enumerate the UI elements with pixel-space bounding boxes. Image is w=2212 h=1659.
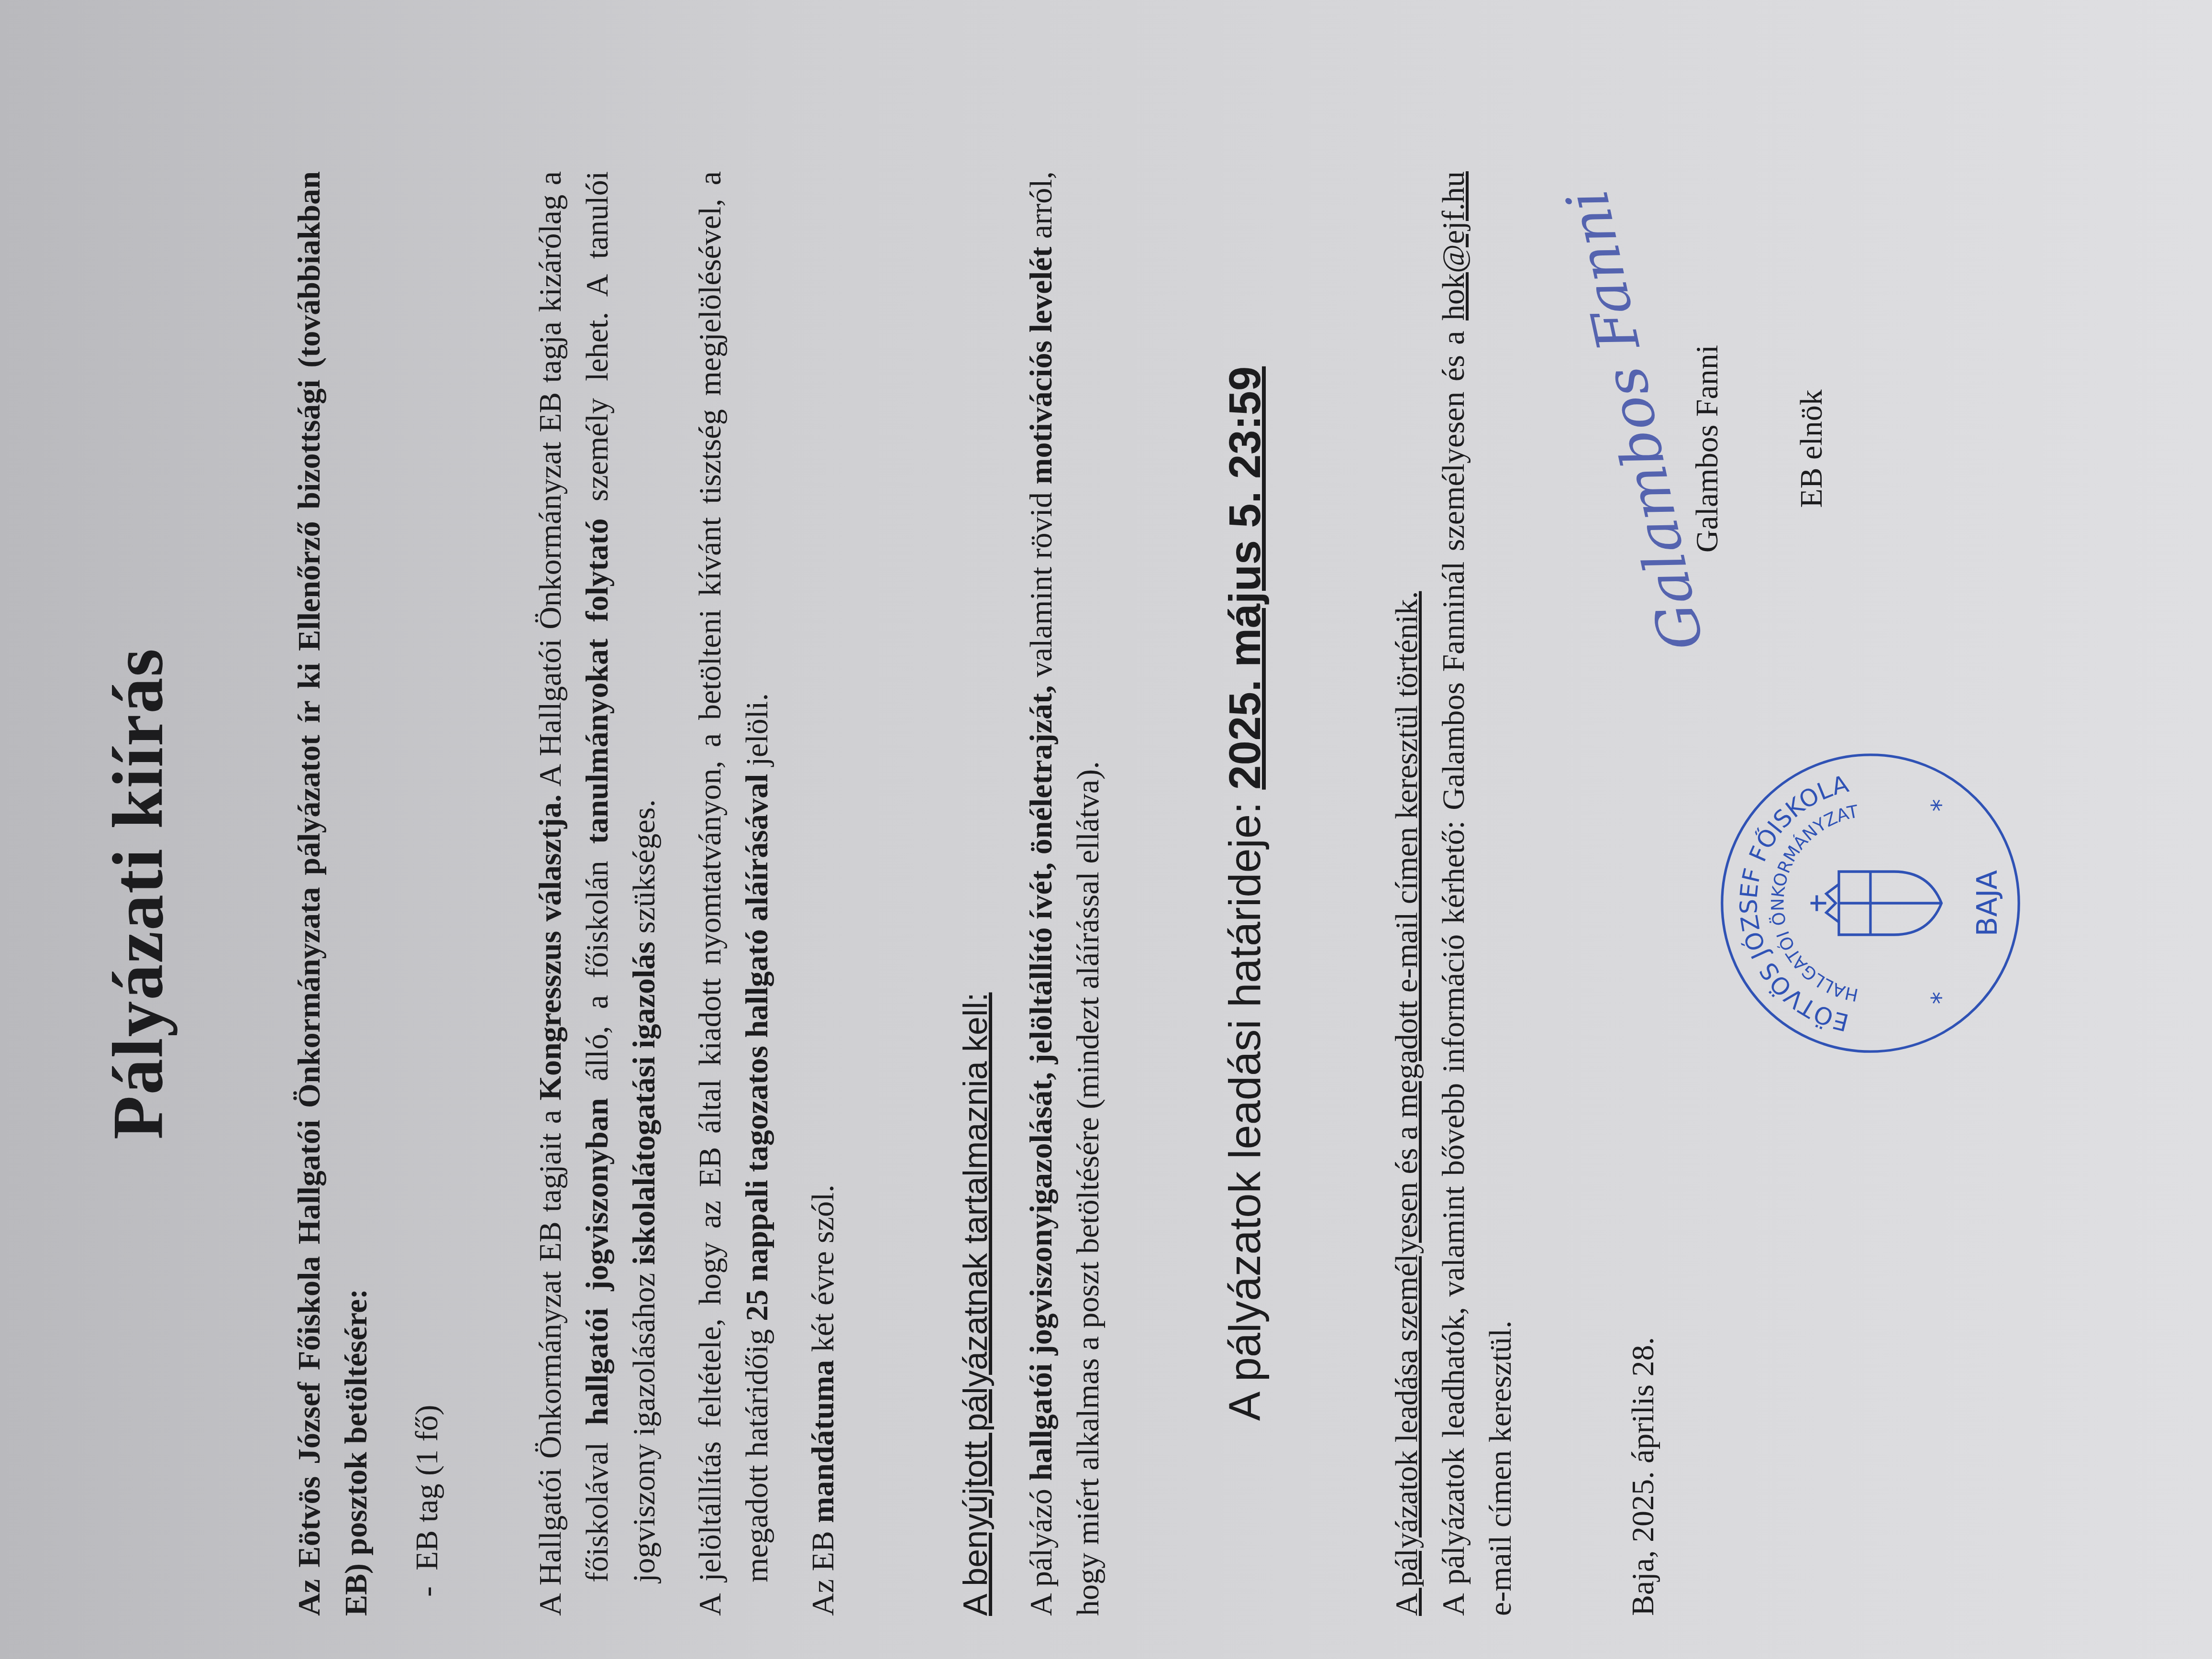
deadline-label: A pályázatok leadási határideje: (1221, 790, 1270, 1421)
paragraph-mandate: Az EB mandátuma két évre szól. (800, 171, 847, 1616)
stamp-seal-icon: EÖTVÖS JÓZSEF FŐISKOLA HALLGATÓI ÖNKORMÁ… (1713, 745, 2028, 1061)
position-item: - EB tag (1 fő) (404, 171, 451, 1597)
signature-block: Galambos Fanni Galambos Fanni EB elnök (1684, 281, 1835, 616)
signatory-role: EB elnök (1788, 281, 1835, 616)
paragraph-election: A Hallgatói Önkormányzat EB tagjait a Ko… (527, 171, 668, 1616)
deadline-value: 2025. május 5. 23:59 (1221, 366, 1270, 790)
svg-text:BAJA: BAJA (1971, 870, 2004, 936)
submission-heading: A pályázatok leadása személyesen és a me… (1383, 171, 1430, 1616)
requirements-heading: A benyújtott pályázatnak tartalmaznia ke… (952, 171, 999, 1616)
page-title: Pályázati kiírás (115, 171, 162, 1616)
document-content: Pályázati kiírás Az Eötvös József Főisko… (115, 171, 1667, 1616)
official-stamp: EÖTVÖS JÓZSEF FŐISKOLA HALLGATÓI ÖNKORMÁ… (1713, 745, 2028, 1061)
document-page: Pályázati kiírás Az Eötvös József Főisko… (0, 0, 2212, 1659)
intro-text: Az Eötvös József Főiskola Hallgatói Önko… (286, 171, 380, 1616)
requirements-text: A pályázó hallgatói jogviszonyigazolását… (1018, 171, 1112, 1616)
svg-text:*: * (1926, 799, 1956, 811)
deadline-line: A pályázatok leadási határideje: 2025. m… (1222, 171, 1269, 1616)
paragraph-nomination: A jelöltállítás feltétele, hogy az EB ál… (687, 171, 781, 1616)
svg-text:*: * (1926, 992, 1956, 1004)
info-text: A pályázatok leadhatók, valamint bővebb … (1430, 171, 1524, 1616)
email-link[interactable]: hok@ejf.hu (1436, 171, 1471, 321)
